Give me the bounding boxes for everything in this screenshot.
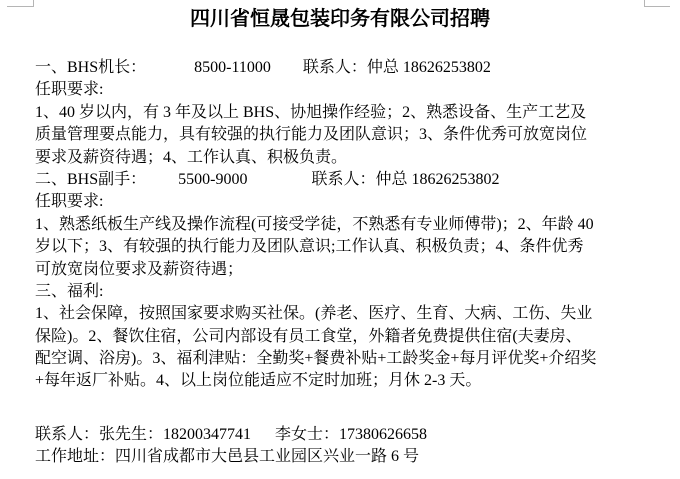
address-line: 工作地址：四川省成都市大邑县工业园区兴业一路 6 号 — [35, 446, 650, 468]
contact-line: 联系人：张先生：18200347741 李女士：17380626658 — [35, 424, 650, 446]
table-corner-mark-left — [7, 0, 34, 7]
job2-requirements-line-3: 可放宽岗位要求及薪资待遇； — [35, 259, 650, 281]
job2-requirements-line-1: 1、熟悉纸板生产线及操作流程(可接受学徒，不熟悉有专业师傅带)；2、年龄 40 — [35, 214, 650, 236]
job1-requirements-line-2: 质量管理要点能力，具有较强的执行能力及团队意识；3、条件优秀可放宽岗位 — [35, 124, 650, 146]
document-footer: 联系人：张先生：18200347741 李女士：17380626658 工作地址… — [35, 424, 650, 469]
document-body: 一、BHS机长： 8500-11000 联系人：仲总 18626253802 任… — [35, 57, 650, 469]
benefits-line-1: 1、社会保障，按照国家要求购买社保。(养老、医疗、生育、大病、工伤、失业 — [35, 303, 650, 325]
document-title: 四川省恒晟包装印务有限公司招聘 — [0, 7, 680, 31]
job2-heading-line: 二、BHS副手： 5500-9000 联系人：仲总 18626253802 — [35, 169, 650, 191]
benefits-heading: 三、福利: — [35, 281, 650, 303]
job2-requirements-label: 任职要求: — [35, 191, 650, 213]
job1-requirements-line-3: 要求及薪资待遇；4、工作认真、积极负责。 — [35, 147, 650, 169]
document-page: { "colors": { "background": "#ffffff", "… — [0, 0, 680, 479]
table-corner-mark-right — [644, 0, 670, 7]
job1-heading-line: 一、BHS机长： 8500-11000 联系人：仲总 18626253802 — [35, 57, 650, 79]
job1-requirements-line-1: 1、40 岁以内，有 3 年及以上 BHS、协旭操作经验；2、熟悉设备、生产工艺… — [35, 102, 650, 124]
benefits-line-3: 配空调、浴房)。3、福利津贴：全勤奖+餐费补贴+工龄奖金+每月评优奖+介绍奖 — [35, 348, 650, 370]
job2-requirements-line-2: 岁以下；3、有较强的执行能力及团队意识;工作认真、积极负责；4、条件优秀 — [35, 236, 650, 258]
benefits-line-4: +每年返厂补贴。4、以上岗位能适应不定时加班；月休 2-3 天。 — [35, 370, 650, 392]
job1-requirements-label: 任职要求: — [35, 79, 650, 101]
benefits-line-2: 保险)。2、餐饮住宿，公司内部设有员工食堂，外籍者免费提供住宿(夫妻房、 — [35, 326, 650, 348]
